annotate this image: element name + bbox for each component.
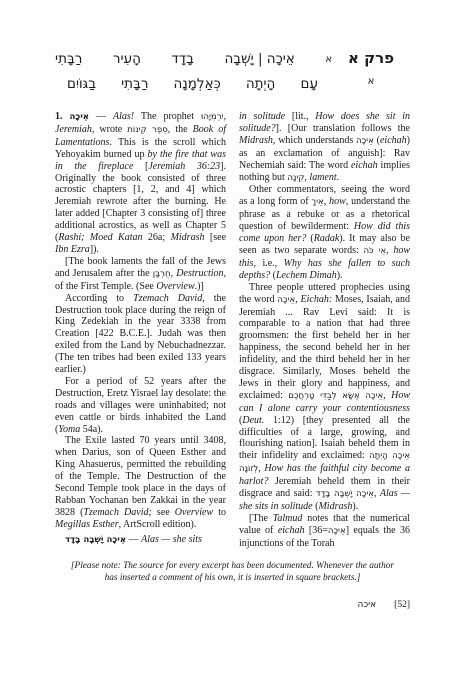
commentary-column-left: 1. אֵיכָה — Alas! The prophet יִרְמְיָהו… — [55, 111, 226, 550]
commentary-paragraph: According to Tzemach David, the Destruct… — [55, 293, 226, 376]
verse-word: רַבָּתִי — [121, 72, 148, 97]
commentary-paragraph: in solitude [lit., How does she sit in s… — [239, 111, 410, 184]
inline-verse-number: א — [325, 47, 332, 72]
book-page: פרק א א א אֵיכָה | יָשְׁבָה בָדָד הָעִיר… — [0, 0, 460, 690]
chapter-label: פרק א — [332, 46, 410, 70]
verse-word: עָם — [300, 72, 318, 97]
page-footer: איכה [52] — [55, 600, 410, 610]
commentary-column-right: in solitude [lit., How does she sit in s… — [239, 111, 410, 550]
margin-verse-number: א — [332, 70, 410, 94]
footnote: [Please note: The source for every excer… — [65, 560, 401, 584]
footer-book-title: איכה — [358, 600, 377, 610]
commentary-paragraph: For a period of 52 years after the Destr… — [55, 376, 226, 436]
verse-word: בַגּוֹיִם — [67, 72, 96, 97]
commentary-paragraph: The Exile lasted 70 years until 3408, wh… — [55, 435, 226, 530]
verse-word: בָדָד — [171, 47, 194, 72]
commentary-paragraph: Three people uttered prophecies using th… — [239, 282, 410, 513]
verse-line-1: א אֵיכָה | יָשְׁבָה בָדָד הָעִיר רַבָּתִ… — [55, 47, 332, 72]
commentary-paragraph: [The book laments the fall of the Jews a… — [55, 256, 226, 293]
verse-word: רַבָּתִי — [55, 47, 82, 72]
verse-line-2: עָם הָיְתָה כְּאַלְמָנָה רַבָּתִי בַגּוֹ… — [55, 72, 332, 97]
verse-word: הָעִיר — [113, 47, 141, 72]
commentary-paragraph: Other commentators, seeing the word as a… — [239, 184, 410, 281]
commentary-paragraph: אֵיכָה יָשְׁבָה בָדָד — Alas — she sits — [55, 534, 226, 547]
verse-word: אֵיכָה | יָשְׁבָה — [224, 47, 294, 72]
chapter-marker-block: פרק א א — [332, 46, 410, 94]
hebrew-verse-header: פרק א א א אֵיכָה | יָשְׁבָה בָדָד הָעִיר… — [55, 46, 410, 97]
commentary-paragraph: 1. אֵיכָה — Alas! The prophet יִרְמְיָהו… — [55, 111, 226, 256]
verse-word: כְּאַלְמָנָה — [174, 72, 221, 97]
commentary-columns: 1. אֵיכָה — Alas! The prophet יִרְמְיָהו… — [55, 111, 410, 550]
footer-page-number: [52] — [394, 600, 410, 610]
commentary-paragraph: [The Talmud notes that the numerical val… — [239, 513, 410, 550]
verse-text: א אֵיכָה | יָשְׁבָה בָדָד הָעִיר רַבָּתִ… — [55, 46, 332, 97]
verse-word: הָיְתָה — [246, 72, 276, 97]
